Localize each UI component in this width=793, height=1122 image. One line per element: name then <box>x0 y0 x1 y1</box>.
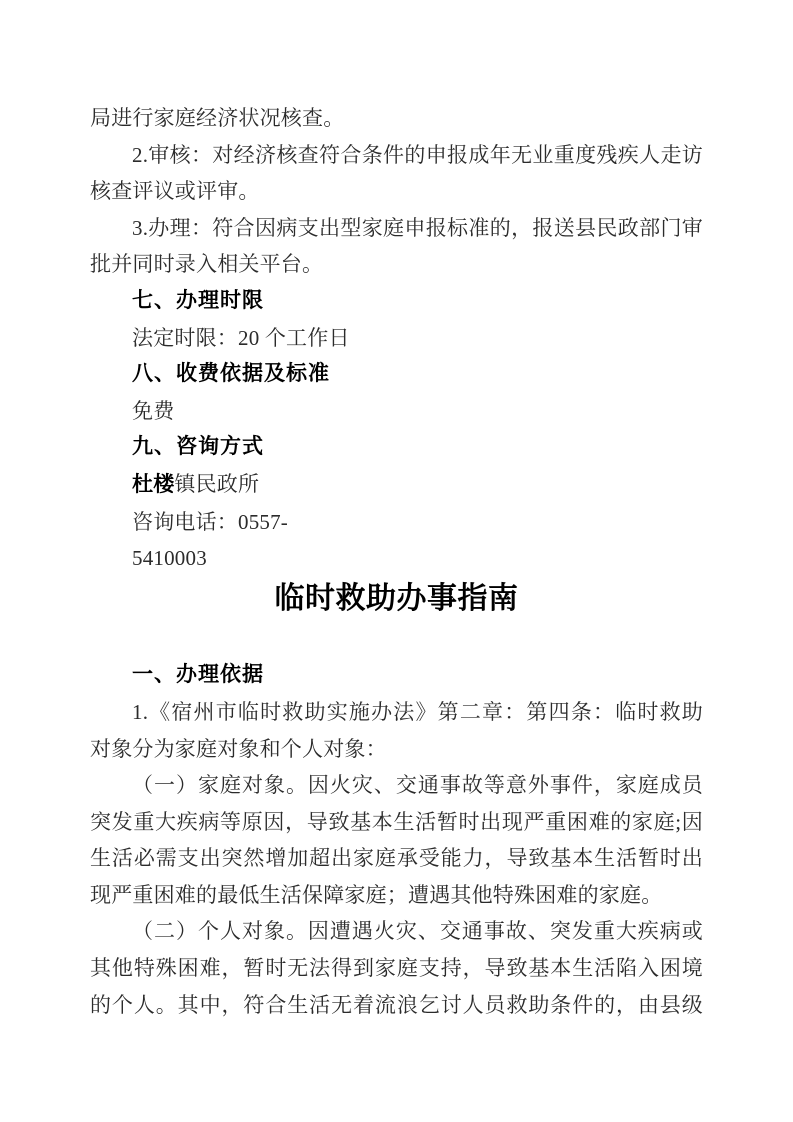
phone-line-number: 5410003 <box>90 540 703 577</box>
text-line: 其他特殊困难，暂时无法得到家庭支持，导致基本生活陷入困境 <box>90 950 703 987</box>
text-line: 1.《宿州市临时救助实施办法》第二章：第四条：临时救助 <box>90 694 703 731</box>
section-heading-consultation: 九、咨询方式 <box>90 429 703 466</box>
text-line: （二）个人对象。因遭遇火灾、交通事故、突发重大疾病或 <box>90 913 703 950</box>
office-name-bold: 杜楼 <box>132 473 174 496</box>
doc-title: 临时救助办事指南 <box>90 577 703 621</box>
document-page: 局进行家庭经济状况核查。 2.审核：对经济核查符合条件的申报成年无业重度残疾人走… <box>0 0 793 1122</box>
section-heading-basis: 一、办理依据 <box>90 657 703 694</box>
text-line: 突发重大疾病等原因，导致基本生活暂时出现严重困难的家庭;因 <box>90 804 703 841</box>
phone-line-prefix: 咨询电话：0557- <box>90 504 703 541</box>
text-line: 生活必需支出突然增加超出家庭承受能力，导致基本生活暂时出 <box>90 840 703 877</box>
text-line: 核查评议或评审。 <box>90 173 703 210</box>
document-content: 局进行家庭经济状况核查。 2.审核：对经济核查符合条件的申报成年无业重度残疾人走… <box>90 100 703 1023</box>
text-line: 局进行家庭经济状况核查。 <box>90 100 703 137</box>
text-line: 对象分为家庭对象和个人对象： <box>90 731 703 768</box>
text-line: 的个人。其中，符合生活无着流浪乞讨人员救助条件的，由县级 <box>90 987 703 1024</box>
blank-line <box>90 621 703 658</box>
section-heading-fees: 八、收费依据及标准 <box>90 356 703 393</box>
text-line: 免费 <box>90 393 703 430</box>
text-line: 批并同时录入相关平台。 <box>90 246 703 283</box>
section-heading-time-limit: 七、办理时限 <box>90 283 703 320</box>
text-line: （一）家庭对象。因火灾、交通事故等意外事件，家庭成员 <box>90 767 703 804</box>
office-name-line: 杜楼镇民政所 <box>90 466 703 504</box>
text-line: 2.审核：对经济核查符合条件的申报成年无业重度残疾人走访 <box>90 137 703 174</box>
text-line: 法定时限：20 个工作日 <box>90 320 703 357</box>
office-name-rest: 镇民政所 <box>174 472 259 496</box>
text-line: 3.办理：符合因病支出型家庭申报标准的，报送县民政部门审 <box>90 210 703 247</box>
text-line: 现严重困难的最低生活保障家庭；遭遇其他特殊困难的家庭。 <box>90 877 703 914</box>
